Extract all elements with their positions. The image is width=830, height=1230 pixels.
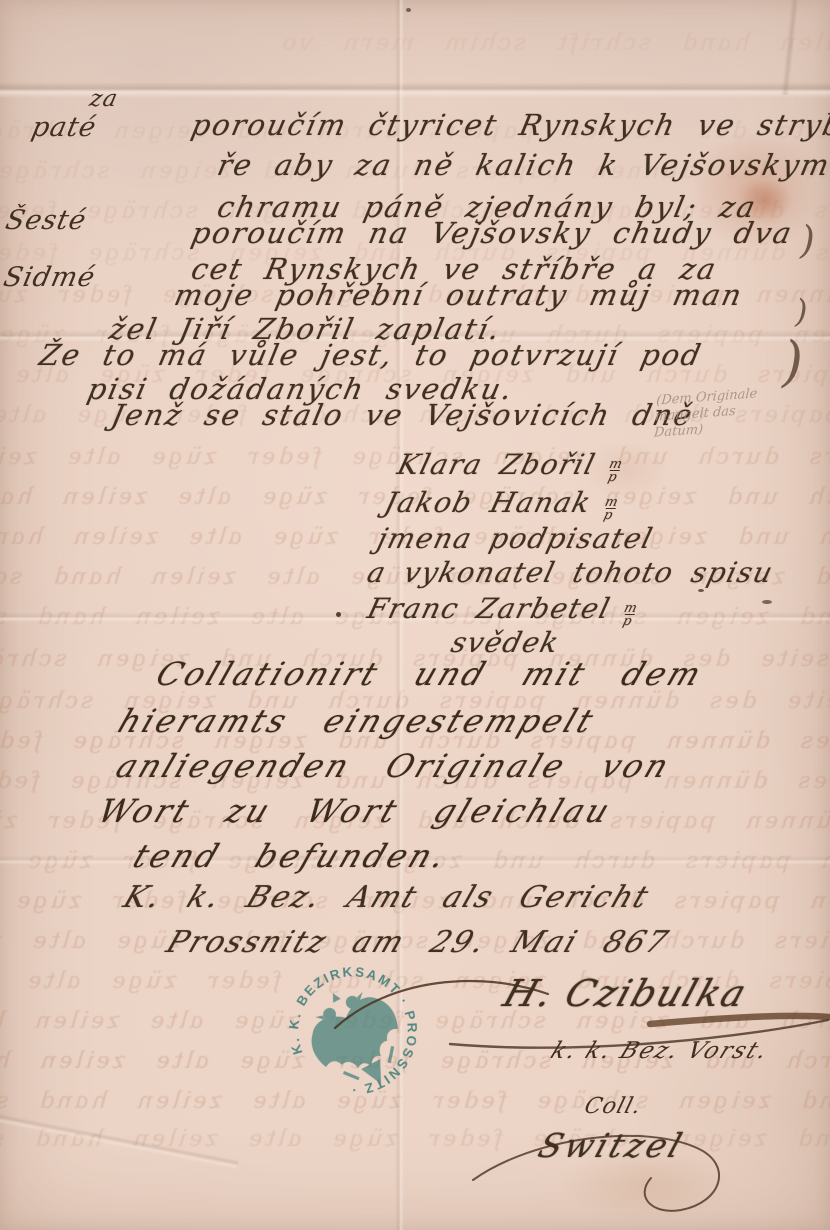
manuscript-line: poroučím čtyricet Rynskych ve stryb <box>188 108 830 142</box>
fold-crease <box>0 82 830 98</box>
corner-crease <box>0 1110 239 1169</box>
collation-note-line: Collationirt und mit dem <box>151 655 709 693</box>
margin-note-za: za <box>87 86 120 112</box>
witness-name: Jakob Hanak <box>381 486 595 519</box>
bleedthrough-row: von der rück seite des dünnen papiers du… <box>0 1088 830 1114</box>
witness-role-line: jmena podpisatel <box>374 522 657 555</box>
margin-paren-mark: ) <box>795 292 807 330</box>
collation-note-line: hieramts eingestempelt <box>113 702 601 740</box>
witness-name: Franc Zarbetel <box>364 592 614 625</box>
margin-paren-mark: ) <box>800 218 815 262</box>
mp-bottom: p <box>603 508 616 521</box>
mp-bottom: p <box>622 614 635 627</box>
official-signature: H. Czibulka <box>498 972 753 1015</box>
margin-paren-mark: ) <box>782 330 803 393</box>
collation-note-line: tend befunden. <box>128 837 454 875</box>
manu-propria-mark: mp <box>605 459 625 483</box>
ink-speck <box>406 8 411 12</box>
manuscript-line: moje pohřební outraty můj man <box>171 278 746 312</box>
mp-bottom: p <box>607 470 620 483</box>
ink-speck <box>698 589 704 592</box>
manuscript-line: ře aby za ně kalich k Vejšovskymu <box>214 148 830 182</box>
mp-top: m <box>623 603 640 614</box>
manu-propria-mark: mp <box>620 603 640 627</box>
collation-note-line: anliegenden Originale von <box>111 747 677 785</box>
manuscript-line: Jenž se stalo ve Vejšovicích dně <box>108 398 696 432</box>
collation-note-line: Wort zu Wort gleichlau <box>93 792 617 830</box>
margin-note-seste: Šesté <box>3 205 90 236</box>
manuscript-line: poroučím na Vejšovsky chudy dva <box>188 216 796 250</box>
official-signature-title: k. k. Bez. Vorst. <box>547 1038 774 1064</box>
witness-signature: Franc Zarbetelmp <box>364 592 642 627</box>
corner-crease <box>781 0 799 95</box>
pencil-note: (Dem Originale mangelt das Datum) <box>653 386 757 441</box>
ink-speck <box>336 612 341 617</box>
margin-note-sidme: Sidmé <box>1 262 99 293</box>
witness-signature: Klara Zbořilmp <box>394 448 628 483</box>
mp-top: m <box>608 459 625 470</box>
witness-role-line: a vykonatel tohoto spisu <box>364 556 777 589</box>
manuscript-line: Že to má vůle jest, to potvrzují pod <box>36 338 705 372</box>
ink-speck <box>762 600 772 604</box>
bleedthrough-row: alte zeilen hand schrift schim mern vo <box>274 30 830 56</box>
scanned-manuscript-page: alte zeilen hand schrift schim mern voe … <box>0 0 830 1230</box>
collation-abbr: Coll. <box>582 1094 645 1119</box>
mp-top: m <box>604 497 621 508</box>
witness-name: Klara Zbořil <box>394 448 599 481</box>
witness-signature: Jakob Hanakmp <box>381 486 623 521</box>
margin-note-pate: paté <box>29 112 100 143</box>
manu-propria-mark: mp <box>601 497 621 521</box>
issuing-office-line: K. k. Bez. Amt als Gericht <box>119 880 655 915</box>
collation-signature: Switzel <box>534 1126 690 1165</box>
